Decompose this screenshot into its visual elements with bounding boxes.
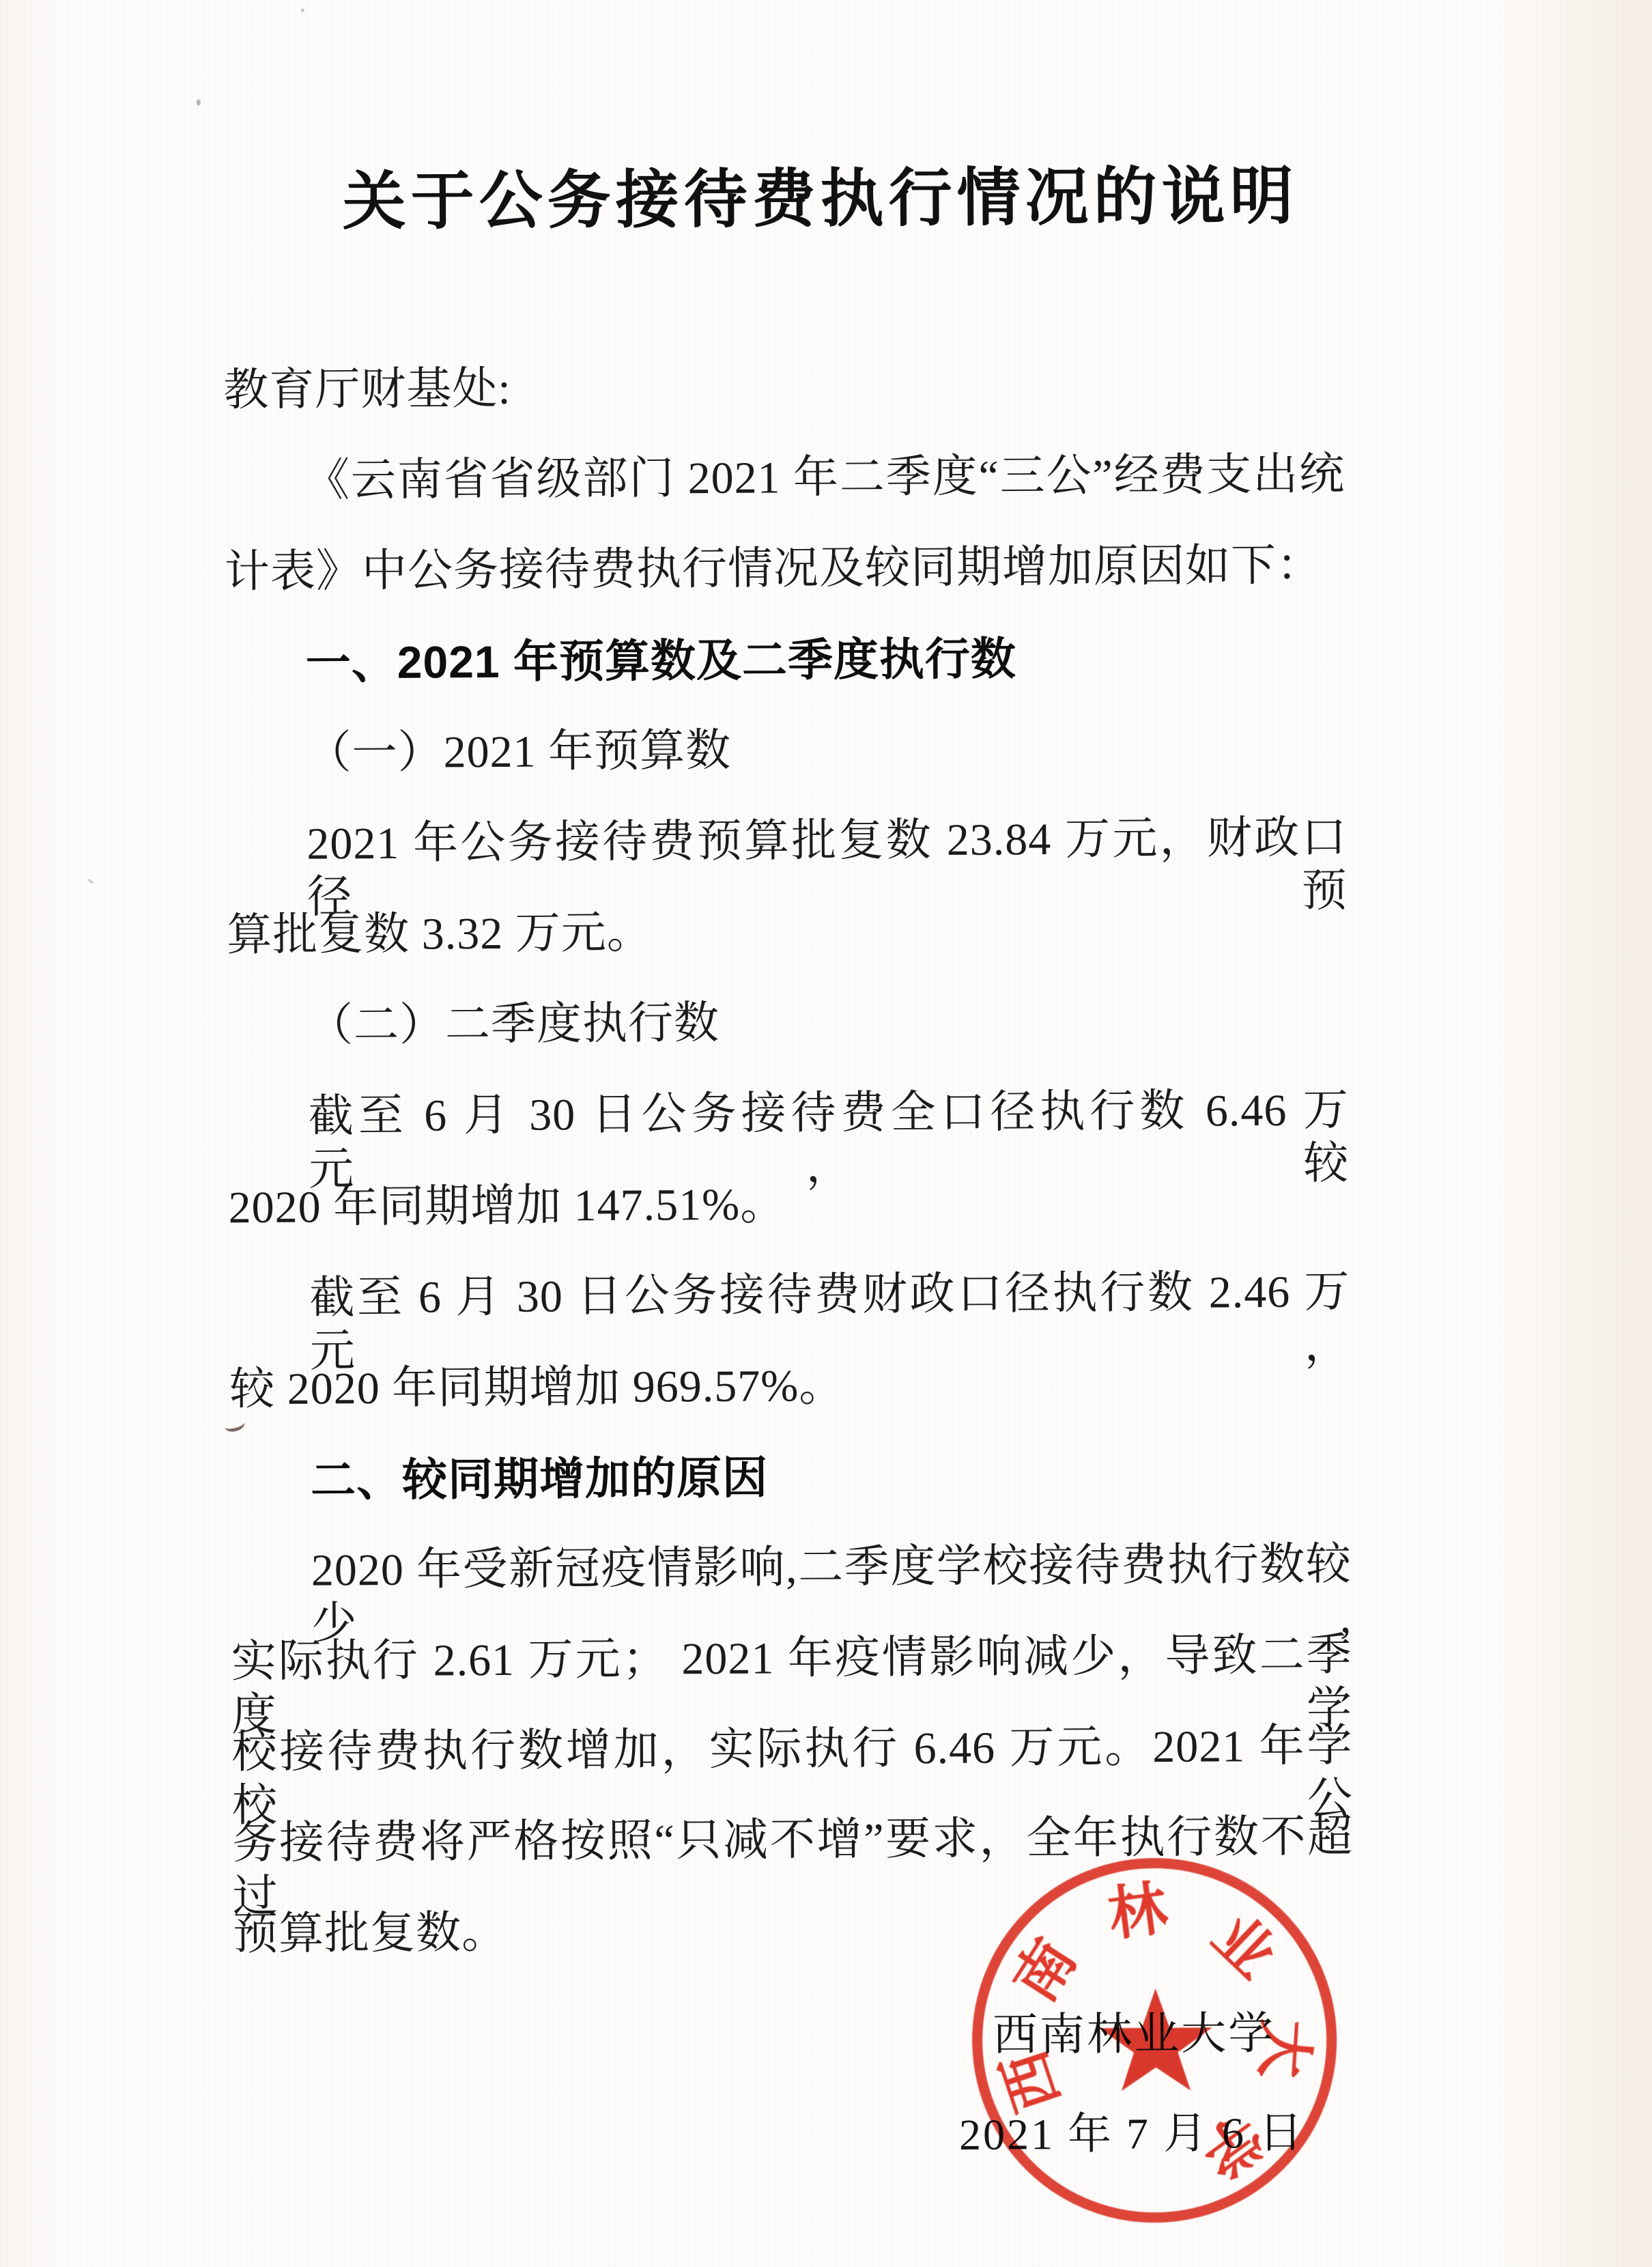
- doc-line: 较 2020 年同期增加 969.57%。: [229, 1360, 844, 1417]
- doc-line-addressee: 教育厅财基处:: [223, 363, 511, 418]
- seal-ring-char: 大: [1249, 2014, 1319, 2083]
- doc-line: 计表》中公务接待费执行情况及较同期增加原因如下：: [225, 539, 1322, 600]
- seal-ring-char: 学: [1186, 2099, 1277, 2191]
- seal-ring: 西 南 林 业 大 学: [982, 1868, 1328, 2214]
- seal-ring-char: 南: [1000, 1925, 1091, 2016]
- document-title: 关于公务接待费执行情况的说明: [0, 143, 1647, 244]
- scan-speck: [223, 1416, 246, 1434]
- seal-ring-char: 业: [1197, 1900, 1290, 1993]
- document-page: 关于公务接待费执行情况的说明 教育厅财基处: 《云南省省级部门 2021 年二季…: [0, 0, 1652, 2267]
- section-heading-1: 一、2021 年预算数及二季度执行数: [306, 632, 1017, 689]
- star-icon: [1097, 1988, 1215, 2101]
- section-heading-2: 二、较同期增加的原因: [311, 1451, 768, 1507]
- doc-line: 预算批复数。: [233, 1906, 507, 1961]
- official-seal: 西 南 林 业 大 学: [971, 1857, 1337, 2223]
- seal-ring-char: 林: [1101, 1875, 1174, 1948]
- doc-line: 《云南省省级部门 2021 年二季度“三公”经费支出统: [304, 448, 1345, 507]
- scan-speck: [87, 878, 94, 884]
- doc-line: 算批复数 3.32 万元。: [227, 907, 653, 963]
- seal-ring-char: 西: [990, 2040, 1072, 2122]
- subsection-heading-1-1: （一）2021 年预算数: [306, 724, 731, 780]
- scan-speck: [197, 100, 201, 106]
- subsection-heading-1-2: （二）二季度执行数: [308, 997, 720, 1053]
- doc-line: 2020 年同期增加 147.51%。: [228, 1178, 786, 1235]
- scan-speck: [301, 9, 304, 12]
